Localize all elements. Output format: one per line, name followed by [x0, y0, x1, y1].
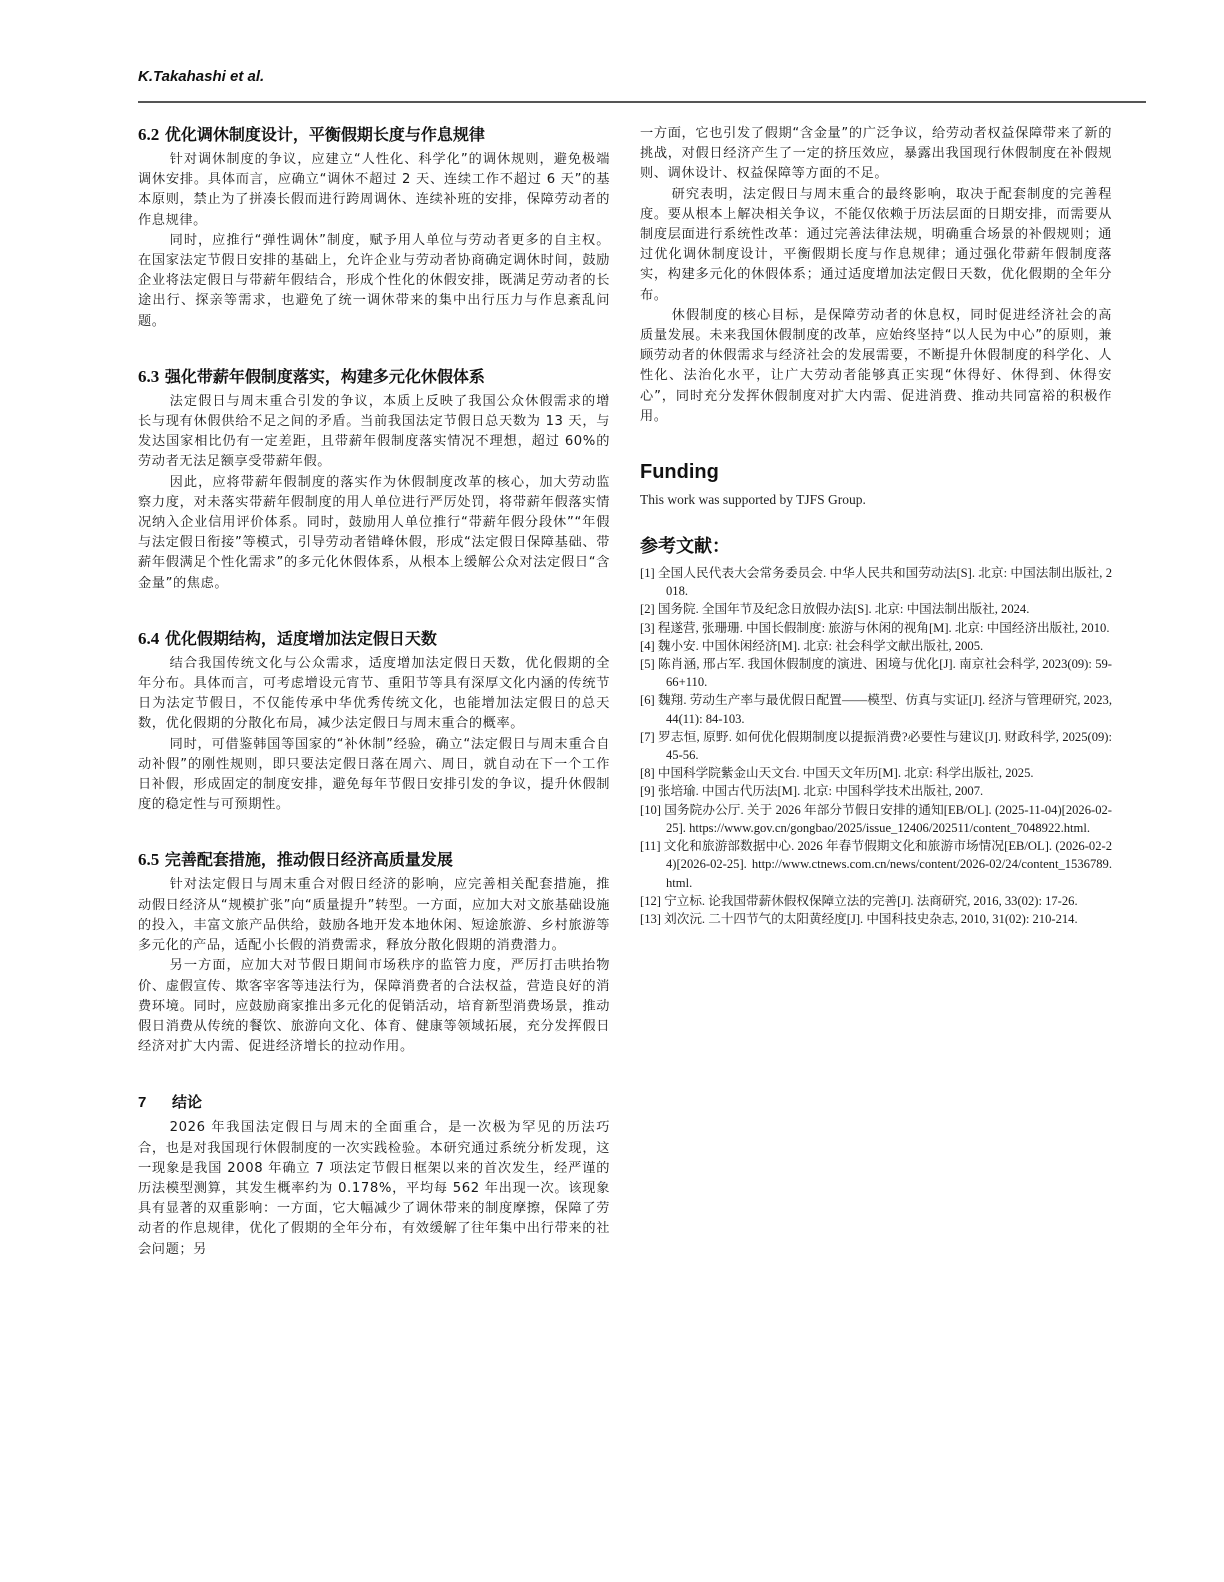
reference-item: [7] 罗志恒, 原野. 如何优化假期制度以提振消费?必要性与建议[J]. 财政… — [640, 728, 1112, 764]
section-title: 强化带薪年假制度落实，构建多元化休假体系 — [165, 367, 485, 386]
section-heading: 7结论 — [138, 1091, 610, 1114]
reference-item: [5] 陈肖涵, 邢占军. 我国休假制度的演进、困境与优化[J]. 南京社会科学… — [640, 655, 1112, 691]
section-6-3: 6.3 强化带薪年假制度落实，构建多元化休假体系 法定假日与周末重合引发的争议，… — [138, 366, 610, 594]
paragraph: 针对法定假日与周末重合对假日经济的影响，应完善相关配套措施，推动假日经济从“规模… — [138, 875, 610, 956]
reference-item: [10] 国务院办公厅. 关于 2026 年部分节假日安排的通知[EB/OL].… — [640, 801, 1112, 837]
section-6-5: 6.5 完善配套措施，推动假日经济高质量发展 针对法定假日与周末重合对假日经济的… — [138, 849, 610, 1057]
paragraph: 研究表明，法定假日与周末重合的最终影响，取决于配套制度的完善程度。要从根本上解决… — [640, 185, 1112, 306]
references-heading: 参考文献： — [640, 532, 1112, 558]
reference-number: [11] — [640, 839, 661, 853]
reference-number: [10] — [640, 803, 661, 817]
section-6-2: 6.2 优化调休制度设计，平衡假期长度与作息规律 针对调休制度的争议，应建立“人… — [138, 124, 610, 332]
paragraph: 法定假日与周末重合引发的争议，本质上反映了我国公众休假需求的增长与现有休假供给不… — [138, 392, 610, 473]
paragraph: 结合我国传统文化与公众需求，适度增加法定假日天数，优化假期的全年分布。具体而言，… — [138, 654, 610, 735]
reference-number: [6] — [640, 693, 655, 707]
reference-number: [8] — [640, 766, 655, 780]
funding-text: This work was supported by TJFS Group. — [640, 492, 1112, 508]
reference-item: [6] 魏翔. 劳动生产率与最优假日配置——模型、仿真与实证[J]. 经济与管理… — [640, 691, 1112, 727]
section-title: 优化假期结构，适度增加法定假日天数 — [165, 629, 437, 648]
right-column: 一方面，它也引发了假期“含金量”的广泛争议，给劳动者权益保障带来了新的挑战，对假… — [640, 124, 1112, 928]
reference-text: 全国人民代表大会常务委员会. 中华人民共和国劳动法[S]. 北京: 中国法制出版… — [658, 566, 1112, 598]
section-7-conclusion: 7结论 2026 年我国法定假日与周末的全面重合，是一次极为罕见的历法巧合，也是… — [138, 1091, 610, 1259]
reference-number: [1] — [640, 566, 655, 580]
section-7-continued: 一方面，它也引发了假期“含金量”的广泛争议，给劳动者权益保障带来了新的挑战，对假… — [640, 124, 1112, 427]
reference-number: [5] — [640, 657, 655, 671]
reference-number: [3] — [640, 621, 655, 635]
references-section: 参考文献： [1] 全国人民代表大会常务委员会. 中华人民共和国劳动法[S]. … — [640, 532, 1112, 928]
header-rule — [138, 101, 1146, 103]
spacer — [138, 594, 610, 628]
reference-text: 魏小安. 中国休闲经济[M]. 北京: 社会科学文献出版社, 2005. — [658, 639, 983, 653]
reference-text: 罗志恒, 原野. 如何优化假期制度以提振消费?必要性与建议[J]. 财政科学, … — [658, 730, 1112, 762]
paragraph: 另一方面，应加大对节假日期间市场秩序的监管力度，严厉打击哄抬物价、虚假宣传、欺客… — [138, 956, 610, 1057]
reference-number: [4] — [640, 639, 655, 653]
section-6-4: 6.4 优化假期结构，适度增加法定假日天数 结合我国传统文化与公众需求，适度增加… — [138, 628, 610, 816]
reference-item: [13] 刘次沅. 二十四节气的太阳黄经度[J]. 中国科技史杂志, 2010,… — [640, 910, 1112, 928]
spacer — [138, 1057, 610, 1091]
section-title: 优化调休制度设计，平衡假期长度与作息规律 — [165, 125, 485, 144]
paragraph: 针对调休制度的争议，应建立“人性化、科学化”的调休规则，避免极端调休安排。具体而… — [138, 150, 610, 231]
left-column: 6.2 优化调休制度设计，平衡假期长度与作息规律 针对调休制度的争议，应建立“人… — [138, 124, 610, 1260]
section-number: 7 — [138, 1092, 172, 1114]
reference-item: [3] 程遂营, 张珊珊. 中国长假制度: 旅游与休闲的视角[M]. 北京: 中… — [640, 619, 1112, 637]
funding-heading: Funding — [640, 461, 1112, 484]
section-title: 结论 — [172, 1093, 202, 1111]
section-number: 6.4 — [138, 629, 159, 648]
section-heading: 6.3 强化带薪年假制度落实，构建多元化休假体系 — [138, 366, 610, 388]
reference-item: [4] 魏小安. 中国休闲经济[M]. 北京: 社会科学文献出版社, 2005. — [640, 637, 1112, 655]
section-number: 6.3 — [138, 367, 159, 386]
reference-text: 魏翔. 劳动生产率与最优假日配置——模型、仿真与实证[J]. 经济与管理研究, … — [658, 693, 1112, 725]
section-heading: 6.5 完善配套措施，推动假日经济高质量发展 — [138, 849, 610, 871]
reference-text: 国务院办公厅. 关于 2026 年部分节假日安排的通知[EB/OL]. (202… — [664, 803, 1112, 835]
paragraph: 因此，应将带薪年假制度的落实作为休假制度改革的核心，加大劳动监察力度，对未落实带… — [138, 473, 610, 594]
reference-item: [8] 中国科学院紫金山天文台. 中国天文年历[M]. 北京: 科学出版社, 2… — [640, 764, 1112, 782]
reference-number: [7] — [640, 730, 655, 744]
reference-item: [12] 宁立标. 论我国带薪休假权保障立法的完善[J]. 法商研究, 2016… — [640, 892, 1112, 910]
reference-text: 程遂营, 张珊珊. 中国长假制度: 旅游与休闲的视角[M]. 北京: 中国经济出… — [658, 621, 1110, 635]
reference-text: 文化和旅游部数据中心. 2026 年春节假期文化和旅游市场情况[EB/OL]. … — [664, 839, 1112, 889]
reference-item: [1] 全国人民代表大会常务委员会. 中华人民共和国劳动法[S]. 北京: 中国… — [640, 564, 1112, 600]
reference-text: 中国科学院紫金山天文台. 中国天文年历[M]. 北京: 科学出版社, 2025. — [658, 766, 1034, 780]
funding-section: Funding This work was supported by TJFS … — [640, 461, 1112, 508]
reference-item: [11] 文化和旅游部数据中心. 2026 年春节假期文化和旅游市场情况[EB/… — [640, 837, 1112, 892]
reference-number: [2] — [640, 602, 655, 616]
reference-item: [2] 国务院. 全国年节及纪念日放假办法[S]. 北京: 中国法制出版社, 2… — [640, 600, 1112, 618]
paragraph: 同时，应推行“弹性调休”制度，赋予用人单位与劳动者更多的自主权。在国家法定节假日… — [138, 231, 610, 332]
running-head: K.Takahashi et al. — [138, 68, 264, 85]
section-number: 6.2 — [138, 125, 159, 144]
section-heading: 6.4 优化假期结构，适度增加法定假日天数 — [138, 628, 610, 650]
paragraph: 同时，可借鉴韩国等国家的“补休制”经验，确立“法定假日与周末重合自动补假”的刚性… — [138, 735, 610, 816]
section-heading: 6.2 优化调休制度设计，平衡假期长度与作息规律 — [138, 124, 610, 146]
paragraph: 一方面，它也引发了假期“含金量”的广泛争议，给劳动者权益保障带来了新的挑战，对假… — [640, 124, 1112, 185]
paragraph: 2026 年我国法定假日与周末的全面重合，是一次极为罕见的历法巧合，也是对我国现… — [138, 1118, 610, 1259]
paragraph: 休假制度的核心目标，是保障劳动者的休息权，同时促进经济社会的高质量发展。未来我国… — [640, 306, 1112, 427]
spacer — [138, 815, 610, 849]
section-title: 完善配套措施，推动假日经济高质量发展 — [165, 850, 453, 869]
reference-item: [9] 张培瑜. 中国古代历法[M]. 北京: 中国科学技术出版社, 2007. — [640, 782, 1112, 800]
reference-text: 国务院. 全国年节及纪念日放假办法[S]. 北京: 中国法制出版社, 2024. — [658, 602, 1030, 616]
reference-text: 张培瑜. 中国古代历法[M]. 北京: 中国科学技术出版社, 2007. — [658, 784, 983, 798]
reference-number: [9] — [640, 784, 655, 798]
reference-text: 刘次沅. 二十四节气的太阳黄经度[J]. 中国科技史杂志, 2010, 31(0… — [664, 912, 1077, 926]
reference-number: [12] — [640, 894, 661, 908]
spacer — [138, 332, 610, 366]
reference-text: 陈肖涵, 邢占军. 我国休假制度的演进、困境与优化[J]. 南京社会科学, 20… — [658, 657, 1112, 689]
reference-number: [13] — [640, 912, 661, 926]
section-number: 6.5 — [138, 850, 159, 869]
reference-text: 宁立标. 论我国带薪休假权保障立法的完善[J]. 法商研究, 2016, 33(… — [664, 894, 1077, 908]
